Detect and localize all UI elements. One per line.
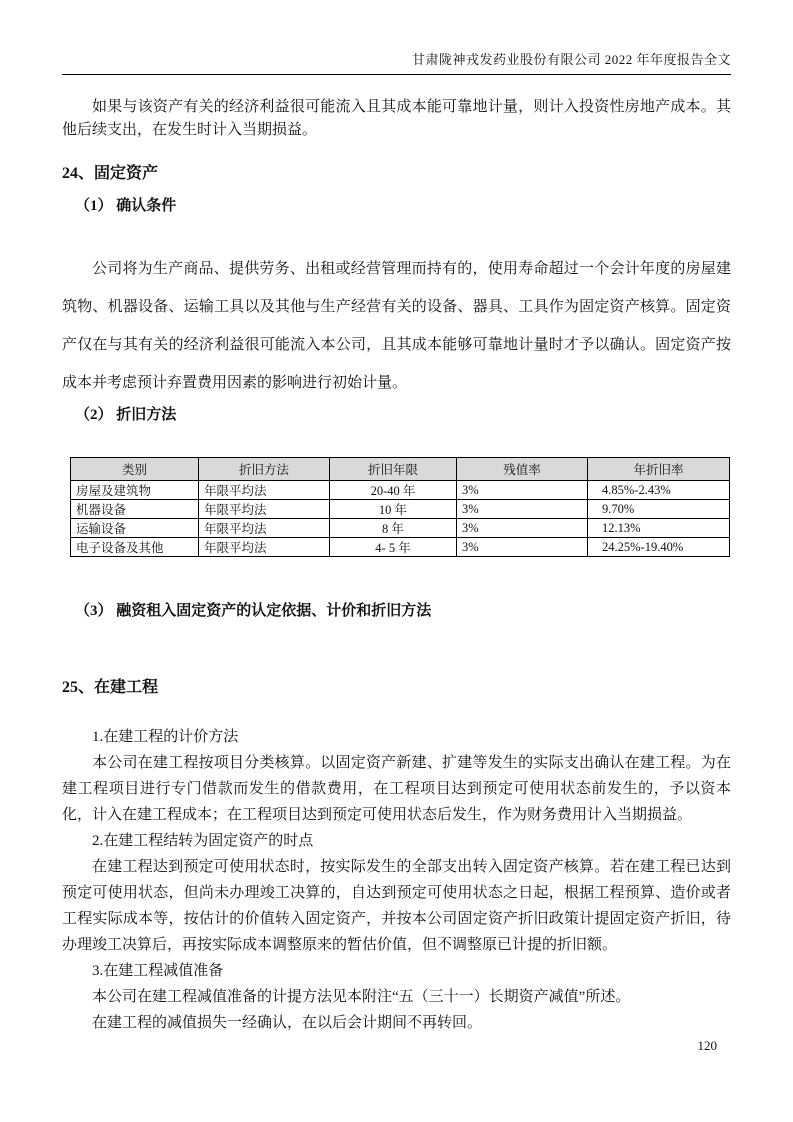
cell-residual-rate: 3% bbox=[457, 538, 588, 557]
cip-item1-heading: 1.在建工程的计价方法 bbox=[62, 724, 731, 750]
page-header: 甘肃陇神戎发药业股份有限公司 2022 年年度报告全文 bbox=[62, 52, 731, 75]
cell-years: 10 年 bbox=[330, 500, 457, 519]
cip-item1-paragraph: 本公司在建工程按项目分类核算。以固定资产新建、扩建等发生的实际支出确认在建工程。… bbox=[62, 750, 731, 828]
page-number: 120 bbox=[698, 1038, 718, 1054]
construction-in-progress-section: 1.在建工程的计价方法 本公司在建工程按项目分类核算。以固定资产新建、扩建等发生… bbox=[62, 724, 731, 1036]
cell-residual-rate: 3% bbox=[457, 519, 588, 538]
cell-category: 机器设备 bbox=[71, 500, 199, 519]
cip-item3-paragraph-1: 本公司在建工程减值准备的计提方法见本附注“五（三十一）长期资产减值”所述。 bbox=[62, 984, 731, 1010]
cell-years: 20-40 年 bbox=[330, 481, 457, 500]
cell-category: 运输设备 bbox=[71, 519, 199, 538]
sub-heading-depreciation-method: （2） 折旧方法 bbox=[62, 405, 731, 425]
cell-category: 电子设备及其他 bbox=[71, 538, 199, 557]
sub-heading-finance-lease: （3） 融资租入固定资产的认定依据、计价和折旧方法 bbox=[62, 601, 731, 621]
header-cell-annual-rate: 年折旧率 bbox=[588, 458, 730, 481]
cip-item2-heading: 2.在建工程结转为固定资产的时点 bbox=[62, 828, 731, 854]
recognition-criteria-paragraph: 公司将为生产商品、提供劳务、出租或经营管理而持有的，使用寿命超过一个会计年度的房… bbox=[62, 250, 731, 402]
section-25-heading: 25、在建工程 bbox=[62, 678, 731, 698]
table-row: 机器设备 年限平均法 10 年 3% 9.70% bbox=[71, 500, 730, 519]
cip-item3-paragraph-2: 在建工程的减值损失一经确认，在以后会计期间不再转回。 bbox=[62, 1010, 731, 1036]
cell-annual-rate: 24.25%-19.40% bbox=[588, 538, 730, 557]
cip-item2-paragraph: 在建工程达到预定可使用状态时，按实际发生的全部支出转入固定资产核算。若在建工程已… bbox=[62, 854, 731, 958]
cell-category: 房屋及建筑物 bbox=[71, 481, 199, 500]
table-header-row: 类别 折旧方法 折旧年限 残值率 年折旧率 bbox=[71, 458, 730, 481]
cell-annual-rate: 4.85%-2.43% bbox=[588, 481, 730, 500]
cell-method: 年限平均法 bbox=[199, 500, 330, 519]
cell-method: 年限平均法 bbox=[199, 481, 330, 500]
cell-years: 8 年 bbox=[330, 519, 457, 538]
report-title: 甘肃陇神戎发药业股份有限公司 2022 年年度报告全文 bbox=[412, 52, 731, 67]
cip-item3-heading: 3.在建工程减值准备 bbox=[62, 958, 731, 984]
table-row: 运输设备 年限平均法 8 年 3% 12.13% bbox=[71, 519, 730, 538]
header-cell-years: 折旧年限 bbox=[330, 458, 457, 481]
header-cell-method: 折旧方法 bbox=[199, 458, 330, 481]
cell-annual-rate: 12.13% bbox=[588, 519, 730, 538]
cell-method: 年限平均法 bbox=[199, 538, 330, 557]
header-cell-residual-rate: 残值率 bbox=[457, 458, 588, 481]
cell-annual-rate: 9.70% bbox=[588, 500, 730, 519]
intro-paragraph: 如果与该资产有关的经济利益很可能流入且其成本能可靠地计量，则计入投资性房地产成本… bbox=[62, 96, 731, 142]
cell-years: 4- 5 年 bbox=[330, 538, 457, 557]
cell-residual-rate: 3% bbox=[457, 481, 588, 500]
sub-heading-recognition-criteria: （1） 确认条件 bbox=[62, 196, 731, 216]
report-page: 甘肃陇神戎发药业股份有限公司 2022 年年度报告全文 如果与该资产有关的经济利… bbox=[0, 0, 793, 1122]
cell-residual-rate: 3% bbox=[457, 500, 588, 519]
section-24-heading: 24、固定资产 bbox=[62, 164, 731, 184]
cell-method: 年限平均法 bbox=[199, 519, 330, 538]
table-row: 房屋及建筑物 年限平均法 20-40 年 3% 4.85%-2.43% bbox=[71, 481, 730, 500]
table-row: 电子设备及其他 年限平均法 4- 5 年 3% 24.25%-19.40% bbox=[71, 538, 730, 557]
depreciation-table: 类别 折旧方法 折旧年限 残值率 年折旧率 房屋及建筑物 年限平均法 20-40… bbox=[70, 457, 730, 557]
header-cell-category: 类别 bbox=[71, 458, 199, 481]
